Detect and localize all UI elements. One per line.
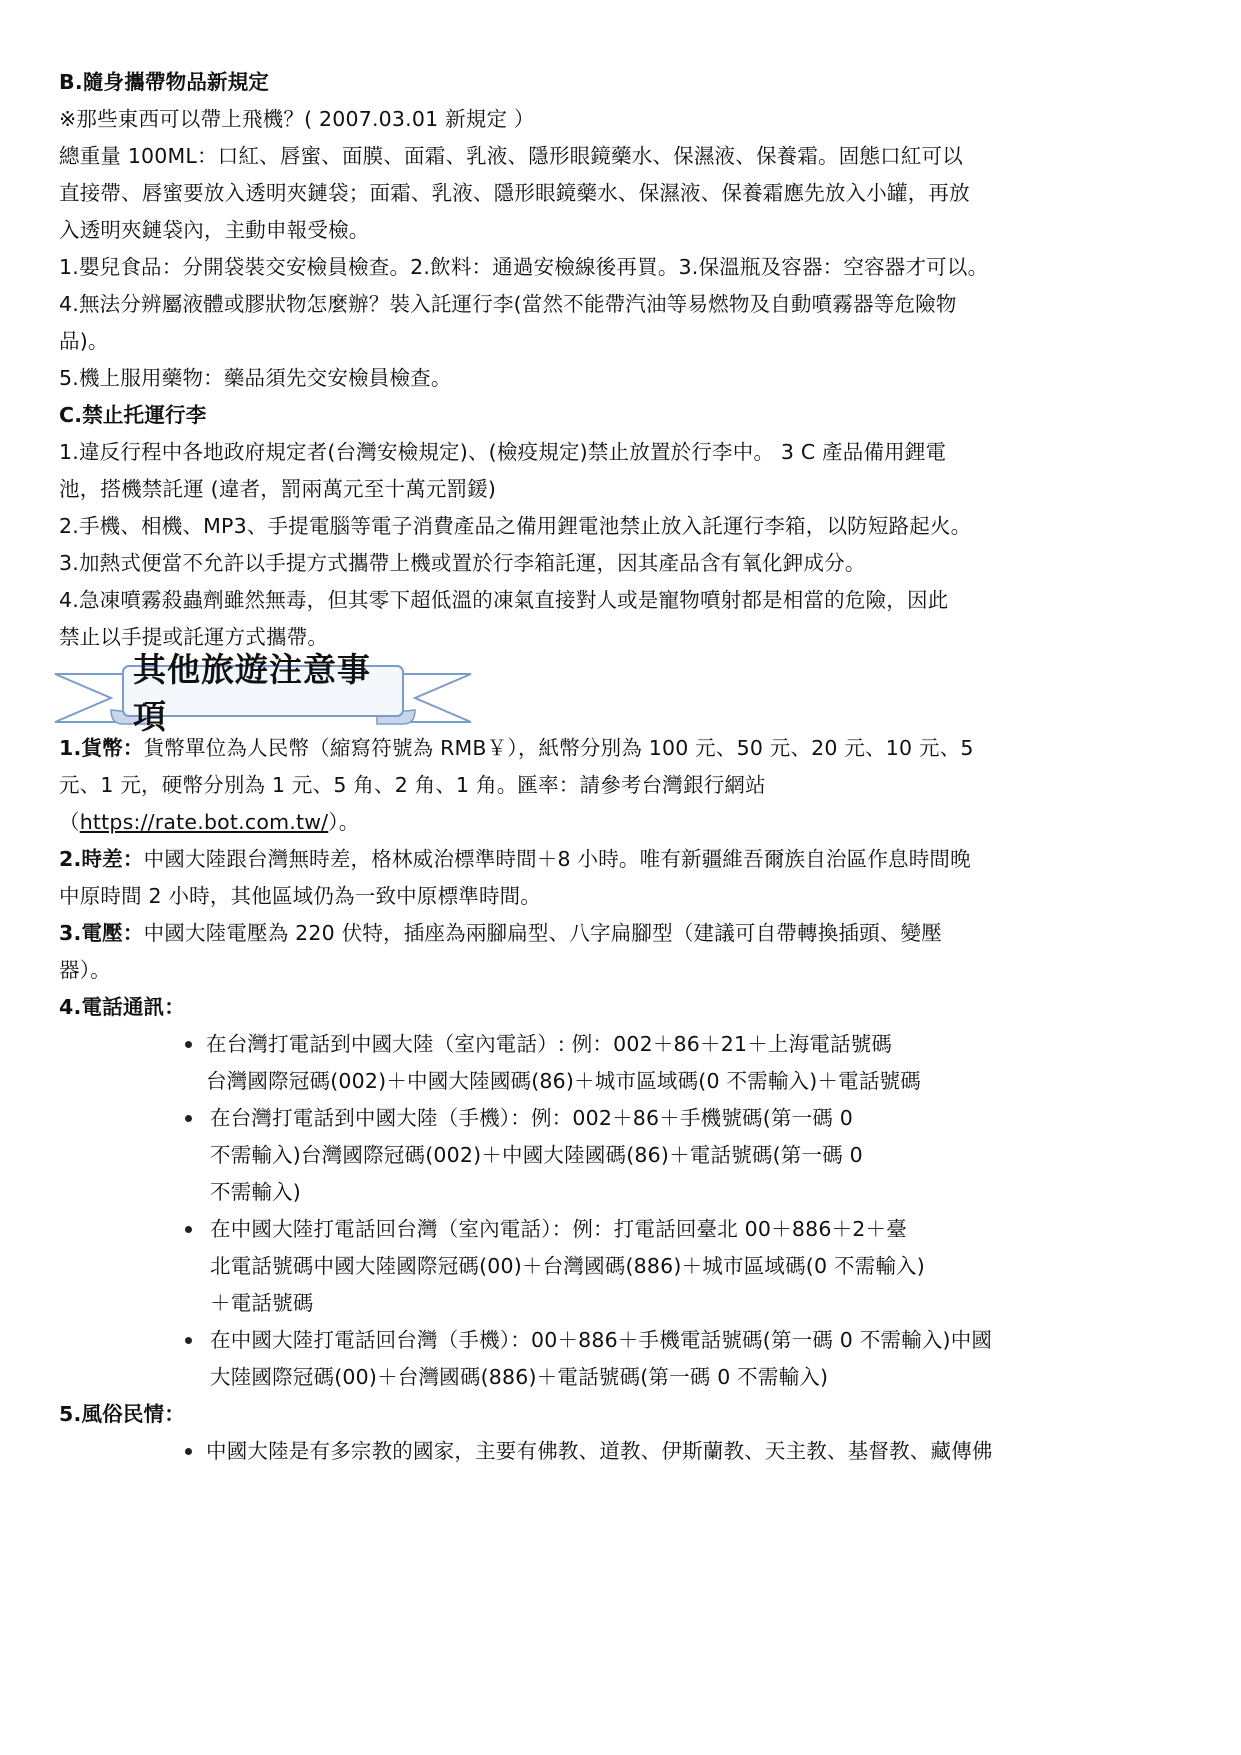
paren-close: ）。 (328, 810, 359, 834)
banner-title: 其他旅遊注意事項 (133, 668, 393, 714)
telecom-list: 在台灣打電話到中國大陸（室內電話）: 例：002＋86＋21＋上海電話號碼 台灣… (59, 1026, 1189, 1396)
currency-line: 元、1 元，硬幣分別為 1 元、5 角、2 角、1 角。匯率：請參考台灣銀行網站 (59, 767, 1189, 804)
voltage-text: 中國大陸電壓為 220 伏特，插座為兩腳扁型、八字扁腳型（建議可自帶轉換插頭、變… (144, 921, 942, 945)
voltage-label: 3.電壓： (59, 921, 144, 945)
exchange-rate-link[interactable]: https://rate.bot.com.tw/ (80, 810, 329, 834)
section-b-heading: B.隨身攜帶物品新規定 (59, 64, 1189, 101)
list-item-line: 北電話號碼中國大陸國際冠碼(00)＋台灣國碼(886)＋城市區域碼(0 不需輸入… (210, 1248, 1189, 1285)
bullet-icon (185, 1337, 192, 1344)
document-page: B.隨身攜帶物品新規定 ※那些東西可以帶上飛機？( 2007.03.01 新規定… (59, 64, 1189, 1470)
section-c-heading: C.禁止托運行李 (59, 397, 1189, 434)
list-item: 在台灣打電話到中國大陸（室內電話）: 例：002＋86＋21＋上海電話號碼 台灣… (59, 1026, 1189, 1100)
list-item: 在台灣打電話到中國大陸（手機）：例：002＋86＋手機號碼(第一碼 0 不需輸入… (59, 1100, 1189, 1211)
section-b-line: 品)。 (59, 323, 1189, 360)
currency-text: 貨幣單位為人民幣（縮寫符號為 RMB￥），紙幣分別為 100 元、50 元、20… (144, 736, 974, 760)
currency-label: 1.貨幣： (59, 736, 144, 760)
section-b-line: 5.機上服用藥物：藥品須先交安檢員檢查。 (59, 360, 1189, 397)
list-item-line: 在台灣打電話到中國大陸（室內電話）: 例：002＋86＋21＋上海電話號碼 (206, 1026, 1189, 1063)
currency-line: （https://rate.bot.com.tw/）。 (59, 804, 1189, 841)
telecom-label: 4.電話通訊： (59, 989, 1189, 1026)
customs-label: 5.風俗民情： (59, 1396, 1189, 1433)
time-diff-line: 2.時差：中國大陸跟台灣無時差，格林威治標準時間＋8 小時。唯有新疆維吾爾族自治… (59, 841, 1189, 878)
list-item-line: 大陸國際冠碼(00)＋台灣國碼(886)＋電話號碼(第一碼 0 不需輸入) (210, 1359, 1189, 1396)
time-diff-text: 中國大陸跟台灣無時差，格林威治標準時間＋8 小時。唯有新疆維吾爾族自治區作息時間… (144, 847, 971, 871)
section-c-line: 2.手機、相機、MP3、手提電腦等電子消費產品之備用鋰電池禁止放入託運行李箱，以… (59, 508, 1189, 545)
section-b-line: 直接帶、唇蜜要放入透明夾鏈袋；面霜、乳液、隱形眼鏡藥水、保濕液、保養霜應先放入小… (59, 175, 1189, 212)
voltage-line: 3.電壓：中國大陸電壓為 220 伏特，插座為兩腳扁型、八字扁腳型（建議可自帶轉… (59, 915, 1189, 952)
bullet-icon (185, 1115, 192, 1122)
bullet-icon (185, 1041, 192, 1048)
list-item: 在中國大陸打電話回台灣（室內電話）：例：打電話回臺北 00＋886＋2＋臺 北電… (59, 1211, 1189, 1322)
customs-list: 中國大陸是有多宗教的國家，主要有佛教、道教、伊斯蘭教、天主教、基督教、藏傳佛 (59, 1433, 1189, 1470)
list-item-line: 不需輸入) (210, 1174, 1189, 1211)
list-item-line: 在中國大陸打電話回台灣（室內電話）：例：打電話回臺北 00＋886＋2＋臺 (210, 1211, 1189, 1248)
list-item-line: 在台灣打電話到中國大陸（手機）：例：002＋86＋手機號碼(第一碼 0 (210, 1100, 1189, 1137)
list-item: 在中國大陸打電話回台灣（手機）：00＋886＋手機電話號碼(第一碼 0 不需輸入… (59, 1322, 1189, 1396)
time-diff-line: 中原時間 2 小時，其他區域仍為一致中原標準時間。 (59, 878, 1189, 915)
voltage-line: 器）。 (59, 952, 1189, 989)
section-b-line: ※那些東西可以帶上飛機？( 2007.03.01 新規定 ） (59, 101, 1189, 138)
bullet-icon (185, 1448, 192, 1455)
list-item-line: 不需輸入)台灣國際冠碼(002)＋中國大陸國碼(86)＋電話號碼(第一碼 0 (210, 1137, 1189, 1174)
time-diff-label: 2.時差： (59, 847, 144, 871)
section-b-line: 4.無法分辨屬液體或膠狀物怎麼辦？裝入託運行李(當然不能帶汽油等易燃物及自動噴霧… (59, 286, 1189, 323)
list-item: 中國大陸是有多宗教的國家，主要有佛教、道教、伊斯蘭教、天主教、基督教、藏傳佛 (59, 1433, 1189, 1470)
list-item-line: ＋電話號碼 (210, 1285, 1189, 1322)
ribbon-banner: 其他旅遊注意事項 (53, 662, 473, 728)
paren-open: （ (59, 810, 80, 834)
section-b-line: 總重量 100ML：口紅、唇蜜、面膜、面霜、乳液、隱形眼鏡藥水、保濕液、保養霜。… (59, 138, 1189, 175)
section-c-line: 1.違反行程中各地政府規定者(台灣安檢規定)、(檢疫規定)禁止放置於行李中。 3… (59, 434, 1189, 471)
section-b-line: 1.嬰兒食品：分開袋裝交安檢員檢查。2.飲料：通過安檢線後再買。3.保溫瓶及容器… (59, 249, 1189, 286)
section-c-line: 4.急凍噴霧殺蟲劑雖然無毒，但其零下超低溫的凍氣直接對人或是寵物噴射都是相當的危… (59, 582, 1189, 619)
bullet-icon (185, 1226, 192, 1233)
list-item-line: 中國大陸是有多宗教的國家，主要有佛教、道教、伊斯蘭教、天主教、基督教、藏傳佛 (206, 1433, 1189, 1470)
section-c-line: 3.加熱式便當不允許以手提方式攜帶上機或置於行李箱託運，因其產品含有氧化鉀成分。 (59, 545, 1189, 582)
section-c-line: 池，搭機禁託運 (違者，罰兩萬元至十萬元罰鍰) (59, 471, 1189, 508)
list-item-line: 台灣國際冠碼(002)＋中國大陸國碼(86)＋城市區域碼(0 不需輸入)＋電話號… (206, 1063, 1189, 1100)
list-item-line: 在中國大陸打電話回台灣（手機）：00＋886＋手機電話號碼(第一碼 0 不需輸入… (210, 1322, 1189, 1359)
section-b-line: 入透明夾鏈袋內，主動申報受檢。 (59, 212, 1189, 249)
